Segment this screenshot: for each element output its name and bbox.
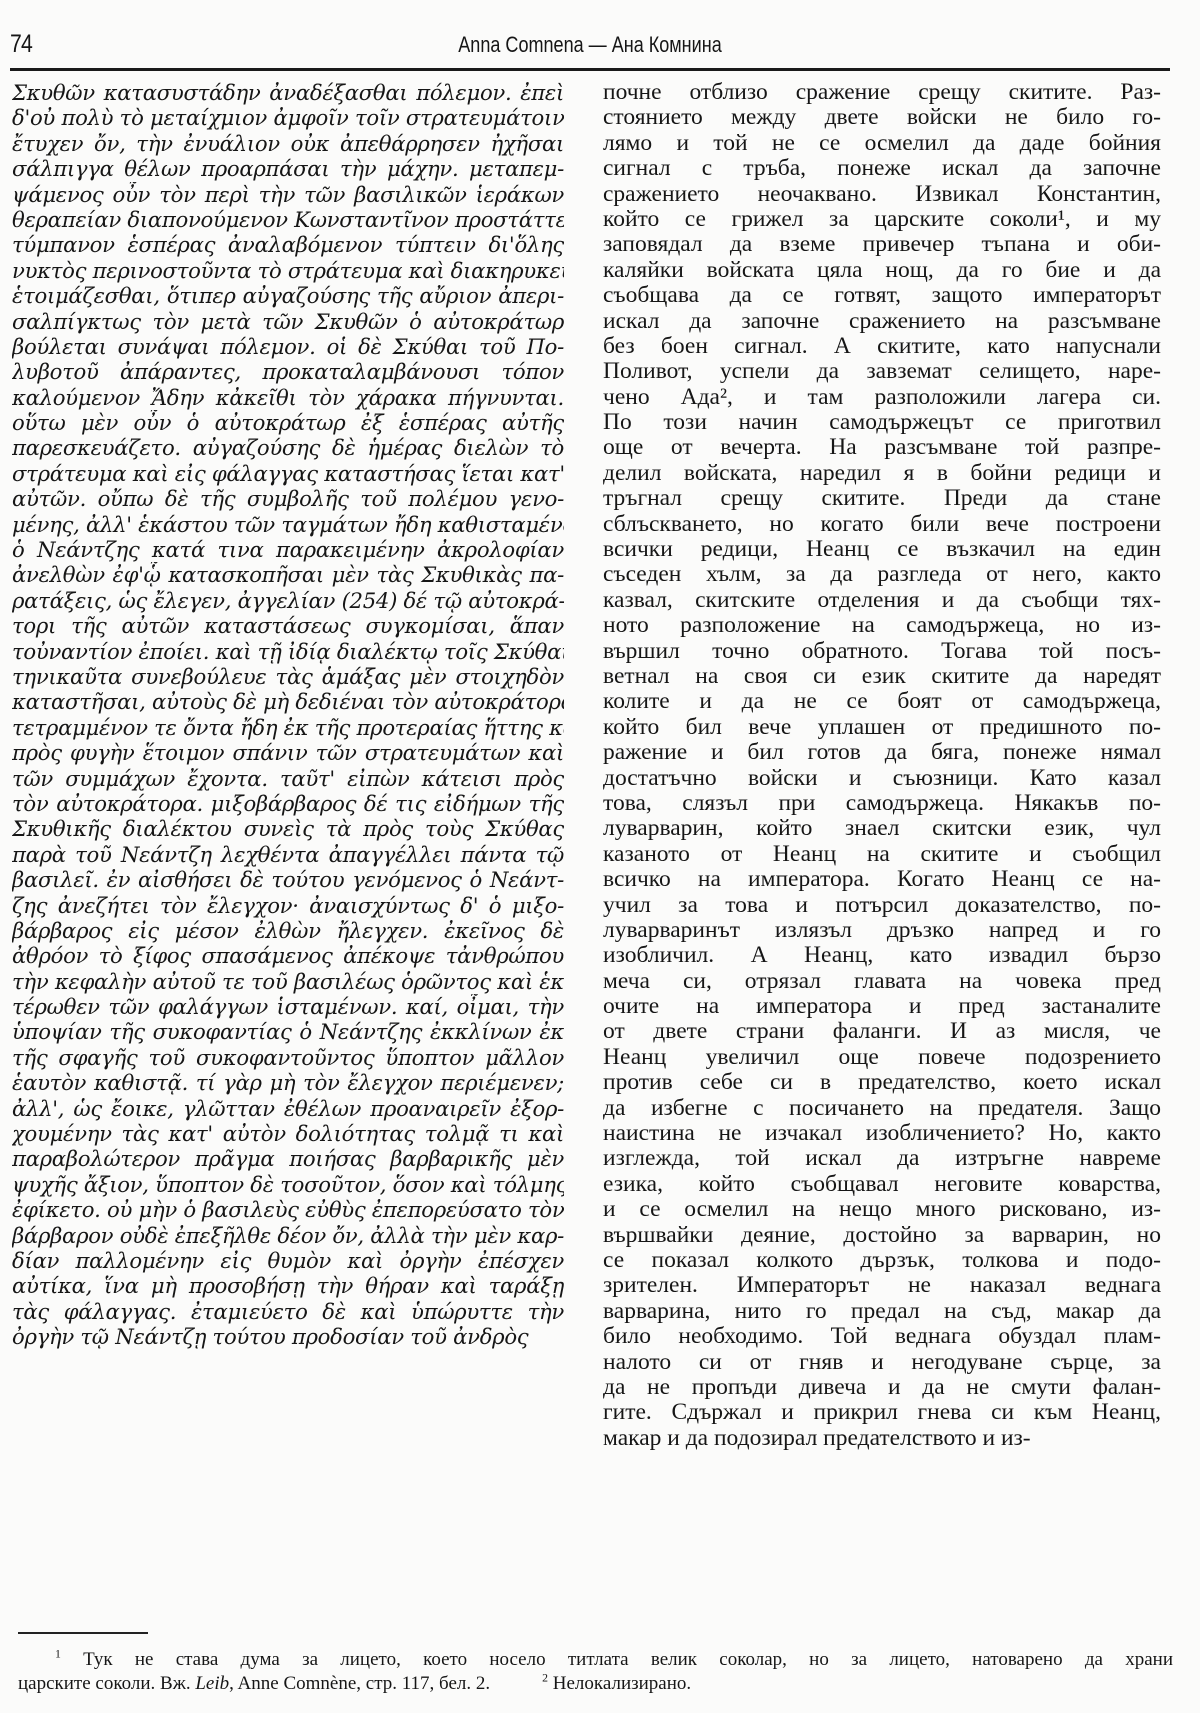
translation-text-line: всички редици, Неанц се възкачил на един — [603, 537, 1161, 562]
greek-text-line: Σκυθικῆς διαλέκτου συνεὶς τὰ πρὸς τοὺς Σ… — [12, 816, 564, 841]
translation-text-line: колите и да не се боят от самодържеца, — [603, 689, 1161, 714]
greek-text-line: ἀθρόον τὸ ξίφος σπασάμενος ἀπέκοψε τἀνθρ… — [12, 943, 564, 968]
greek-text-line: ρατάξεις, ὡς ἔλεγεν, ἀγγελίαν (254) δέ τ… — [12, 588, 564, 613]
greek-text-line: μένης, ἀλλ' ἑκάστου τῶν ταγμάτων ἤδη καθ… — [12, 512, 564, 537]
translation-text-line: каляйки войската цяла нощ, да го бие и д… — [603, 258, 1161, 283]
translation-text-line: меча си, отрязал главата на човека пред — [603, 969, 1161, 994]
greek-text-line: παρεσκευάζετο. αὐγαζούσης δὲ ἡμέρας διελ… — [12, 435, 564, 460]
greek-text-line: τηνικαῦτα συνεβούλευε τὰς ἁμάξας μὲν στο… — [12, 664, 564, 689]
translation-text-line: от двете страни фаланги. И аз мисля, че — [603, 1019, 1161, 1044]
page-header: 74 Anna Comnena — Ана Комнина — [10, 30, 1170, 64]
greek-text-line: τῶν συμμάχων ἔχοντα. ταῦτ' εἰπὼν κάτεισι… — [12, 766, 564, 791]
footnote-1-line: 1 Тук не става дума за лицето, което нос… — [18, 1648, 1173, 1672]
translation-text-line: зрителен. Императорът не наказал веднага — [603, 1273, 1161, 1298]
translation-text-line: ражение и бил готов да бяга, понеже няма… — [603, 740, 1161, 765]
greek-text-line: αὐτίκα, ἵνα μὴ προσοβήσῃ τὴν θήραν καὶ τ… — [12, 1273, 564, 1298]
translation-text-line: било необходимо. Той веднага обуздал пла… — [603, 1324, 1161, 1349]
translation-text-line: изобличил. А Неанц, като извадил бързо — [603, 943, 1161, 968]
translation-text-line: се показал колкото дързък, толкова и под… — [603, 1248, 1161, 1273]
running-title: Anna Comnena — Ана Комнина — [114, 32, 1065, 58]
greek-text-line: ἑτοιμάζεσθαι, ὅτιπερ αὐγαζούσης τῆς αὔρι… — [12, 283, 564, 308]
translation-text-line: казаното от Неанц на скитите и съобщил — [603, 842, 1161, 867]
translation-text-line: тръгнал срещу скитите. Преди да стане — [603, 486, 1161, 511]
greek-text-line: θεραπείαν διαπονούμενον Κωνσταντῖνον προ… — [12, 207, 564, 232]
greek-text-line: σαλπίγκτως τὸν μετὰ τῶν Σκυθῶν ὁ αὐτοκρά… — [12, 309, 564, 334]
translation-text-line: стоянието между двете войски не било го- — [603, 105, 1161, 130]
translation-text-line: делил войската, наредил я в бойни редици… — [603, 461, 1161, 486]
translation-text-line: заповядал да вземе привечер тъпана и оби… — [603, 232, 1161, 257]
greek-text-line: Σκυθῶν κατασυστάδην ἀναδέξασθαι πόλεμον.… — [12, 80, 564, 105]
page-number: 74 — [10, 30, 32, 59]
header-rule — [10, 68, 1170, 71]
greek-text-line: ἔτυχεν ὄν, τὴν ἐνυάλιον οὐκ ἀπεθάρρησεν … — [12, 131, 564, 156]
translation-text-line: достатъчно войски и съюзници. Като казал — [603, 766, 1161, 791]
greek-text-line: τῆς σφαγῆς τοῦ συκοφαντοῦντος ὕποπτον μᾶ… — [12, 1045, 564, 1070]
greek-text-line: ἐφίκετο. οὐ μὴν ὁ βασιλεὺς εὐθὺς ἐπεπορε… — [12, 1197, 564, 1222]
greek-text-line: χουμένην τὰς κατ' αὐτὸν δολιότητας τολμᾷ… — [12, 1121, 564, 1146]
footnotes: 1 Тук не става дума за лицето, което нос… — [18, 1648, 1178, 1696]
translation-text-line: изглежда, той искал да изтръгне навреме — [603, 1146, 1161, 1171]
translation-text-line: Неанц увеличил още повече подозрението — [603, 1045, 1161, 1070]
translation-text-line: очите на императора и пред застаналите — [603, 994, 1161, 1019]
translation-text-line: ното разположение на самодържеца, но из- — [603, 613, 1161, 638]
greek-text-line: καταστῆσαι, αὐτοὺς δὲ μὴ δεδιέναι τὸν αὐ… — [12, 689, 564, 714]
bulgarian-translation-column: почне отблизо сражение срещу скитите. Ра… — [603, 80, 1161, 1451]
translation-text-line: макар и да подозирал предателството и из… — [603, 1426, 1161, 1451]
greek-text-line: βασιλεῖ. ἐν αἰσθήσει δὲ τούτου γενόμενος… — [12, 867, 564, 892]
translation-text-line: лямо и той не се осмелил да даде бойния — [603, 131, 1161, 156]
translation-text-line: съобщава да се готвят, защото императоръ… — [603, 283, 1161, 308]
greek-text-line: ὁ Νεάντζης κατά τινα παρακειμένην ἀκρολο… — [12, 537, 564, 562]
translation-text-line: който бил вече уплашен от предишното по- — [603, 715, 1161, 740]
greek-text-line: τὰς φάλαγγας. ἐταμιεύετο δὲ καὶ ὑπώρυττε… — [12, 1299, 564, 1324]
greek-text-line: ψυχῆς ἄξιον, ὕποπτον δὲ τοσοῦτον, ὅσον κ… — [12, 1172, 564, 1197]
greek-text-line: βάρβαρος εἰς μέσον ἐλθὼν ἤλεγχεν. ἐκεῖνο… — [12, 918, 564, 943]
greek-text-line: τετραμμένον τε ὄντα ἤδη ἐκ τῆς προτεραία… — [12, 715, 564, 740]
greek-text-line: τὴν κεφαλὴν αὐτοῦ τε τοῦ βασιλέως ὁρῶντο… — [12, 969, 564, 994]
footnote-1-text: Тук не става дума за лицето, което носел… — [83, 1649, 1173, 1670]
greek-text-line: δ'οὐ πολὺ τὸ μεταίχμιον ἀμφοῖν τοῖν στρα… — [12, 105, 564, 130]
translation-text-line: сражението неочаквано. Извикал Константи… — [603, 182, 1161, 207]
translation-text-line: против себе си в предателство, което иск… — [603, 1070, 1161, 1095]
greek-text-line: ὀργὴν τῷ Νεάντζῃ τούτου προδοσίαν τοῦ ἀν… — [12, 1324, 564, 1349]
translation-text-line: това, слязъл при самодържеца. Някакъв по… — [603, 791, 1161, 816]
translation-text-line: налото си от гняв и негодуване сърце, за — [603, 1350, 1161, 1375]
greek-text-line: πρὸς φυγὴν ἕτοιμον σπάνιν τῶν στρατευμάτ… — [12, 740, 564, 765]
translation-text-line: вършил точно обратното. Тогава той посъ- — [603, 639, 1161, 664]
translation-text-line: По този начин самодържецът се приготвил — [603, 410, 1161, 435]
greek-text-line: δίαν παλλομένην εἰς θυμὸν καὶ ὀργὴν ἐπέσ… — [12, 1248, 564, 1273]
greek-text-line: στράτευμα καὶ εἰς φάλαγγας καταστήσας ἵε… — [12, 461, 564, 486]
translation-text-line: езика, който съобщавал неговите коварств… — [603, 1172, 1161, 1197]
footnote-2-marker: 2 — [542, 1672, 548, 1685]
translation-text-line: съседен хълм, за да разгледа от него, ка… — [603, 562, 1161, 587]
translation-text-line: гите. Сдържал и прикрил гнева си към Неа… — [603, 1400, 1161, 1425]
translation-text-line: вършвайки деяние, достойно за варварин, … — [603, 1223, 1161, 1248]
translation-text-line: ветнал на своя си език скитите да наредя… — [603, 664, 1161, 689]
translation-text-line: всичко на императора. Когато Неанц се на… — [603, 867, 1161, 892]
translation-text-line: да не пропъди дивеча и да не смути фалан… — [603, 1375, 1161, 1400]
footnote-rule — [18, 1632, 148, 1634]
greek-text-line: λυβοτοῦ ἀπάραντες, προκαταλαμβάνουσι τόπ… — [12, 359, 564, 384]
greek-text-line: καλούμενον Ἄδην κἀκεῖθι τὸν χάρακα πήγνυ… — [12, 385, 564, 410]
translation-text-line: който се грижел за царските соколи¹, и м… — [603, 207, 1161, 232]
translation-text-line: чено Ада², и там разположили лагера си. — [603, 385, 1161, 410]
greek-text-line: ζης ἀνεζήτει τὸν ἔλεγχον· ἀναισχύντως δ'… — [12, 893, 564, 918]
greek-text-line: σάλπιγγα θέλων προαρπάσαι τὴν μάχην. μετ… — [12, 156, 564, 181]
translation-text-line: луварваринът излязъл дръзко напред и го — [603, 918, 1161, 943]
translation-text-line: казвал, скитските отделения и да съобщи … — [603, 588, 1161, 613]
greek-text-line: παρὰ τοῦ Νεάντζη λεχθέντα ἀπαγγέλλει πάν… — [12, 842, 564, 867]
greek-text-line: αὐτῶν. οὔπω δὲ τῆς συμβολῆς τοῦ πολέμου … — [12, 486, 564, 511]
translation-text-line: почне отблизо сражение срещу скитите. Ра… — [603, 80, 1161, 105]
translation-text-line: да избегне с посичането на предателя. За… — [603, 1096, 1161, 1121]
translation-text-line: още от вечерта. На разсъмване той разпре… — [603, 435, 1161, 460]
translation-text-line: без боен сигнал. А скитите, като напусна… — [603, 334, 1161, 359]
greek-text-line: ἑαυτὸν καθιστᾷ. τί γὰρ μὴ τὸν ἔλεγχον πε… — [12, 1070, 564, 1095]
footnote-1-marker: 1 — [55, 1648, 61, 1661]
greek-text-column: Σκυθῶν κατασυστάδην ἀναδέξασθαι πόλεμον.… — [12, 80, 564, 1350]
translation-text-line: наистина не изчакал изобличението? Но, к… — [603, 1121, 1161, 1146]
greek-text-line: τύμπανον ἑσπέρας ἀναλαβόμενον τύπτειν δι… — [12, 232, 564, 257]
translation-text-line: искал да започне сражението на разсъмван… — [603, 309, 1161, 334]
greek-text-line: ἀνελθὼν ἐφ'ᾧ κατασκοπῆσαι μὲν τὰς Σκυθικ… — [12, 562, 564, 587]
greek-text-line: ὑποψίαν τῆς συκοφαντίας ὁ Νεάντζης ἐκκλί… — [12, 1019, 564, 1044]
greek-text-line: ἀλλ', ὡς ἔοικε, γλῶτταν ἐθέλων προαναιρε… — [12, 1096, 564, 1121]
translation-text-line: и се осмелил на нещо много рисковано, из… — [603, 1197, 1161, 1222]
footnote-2-text: Нелокализирано. — [553, 1673, 691, 1694]
translation-text-line: учил за това и потърсил доказателство, п… — [603, 893, 1161, 918]
translation-text-line: варварина, нито го предал на съд, макар … — [603, 1299, 1161, 1324]
greek-text-line: τοὐναντίον ἐποίει. καὶ τῇ ἰδίᾳ διαλέκτῳ … — [12, 639, 564, 664]
footnote-1-continuation: царските соколи. Вж. Leib, Anne Comnène,… — [18, 1672, 1178, 1696]
greek-text-line: τορι τῆς αὐτῶν καταστάσεως συγκομίσαι, ἅ… — [12, 613, 564, 638]
greek-text-line: τέρωθεν τῶν φαλάγγων ἱσταμένων. καί, οἶμ… — [12, 994, 564, 1019]
greek-text-line: βάρβαρον οὐδὲ ἐπεξῆλθε δέον ὄν, ἀλλὰ τὴν… — [12, 1223, 564, 1248]
greek-text-line: τὸν αὐτοκράτορα. μιξοβάρβαρος δέ τις εἰδ… — [12, 791, 564, 816]
translation-text-line: луварварин, който знаел скитски език, чу… — [603, 816, 1161, 841]
greek-text-line: νυκτὸς περινοστοῦντα τὸ στράτευμα καὶ δι… — [12, 258, 564, 283]
greek-text-line: οὕτω μὲν οὖν ὁ αὐτοκράτωρ ἐξ ἑσπέρας αὐτ… — [12, 410, 564, 435]
greek-text-line: ψάμενος οὖν τὸν περὶ τὴν τῶν βασιλικῶν ἱ… — [12, 182, 564, 207]
greek-text-line: παραβολώτερον πρᾶγμα ποιήσας βαρβαρικῆς … — [12, 1146, 564, 1171]
footnote-author: Leib — [195, 1673, 229, 1694]
greek-text-line: βούλεται συνάψαι πόλεμον. οἱ δὲ Σκύθαι τ… — [12, 334, 564, 359]
translation-text-line: сигнал с тръба, понеже искал да започне — [603, 156, 1161, 181]
translation-text-line: Поливот, успели да завземат селището, на… — [603, 359, 1161, 384]
translation-text-line: сблъскването, но когато били вече постро… — [603, 512, 1161, 537]
